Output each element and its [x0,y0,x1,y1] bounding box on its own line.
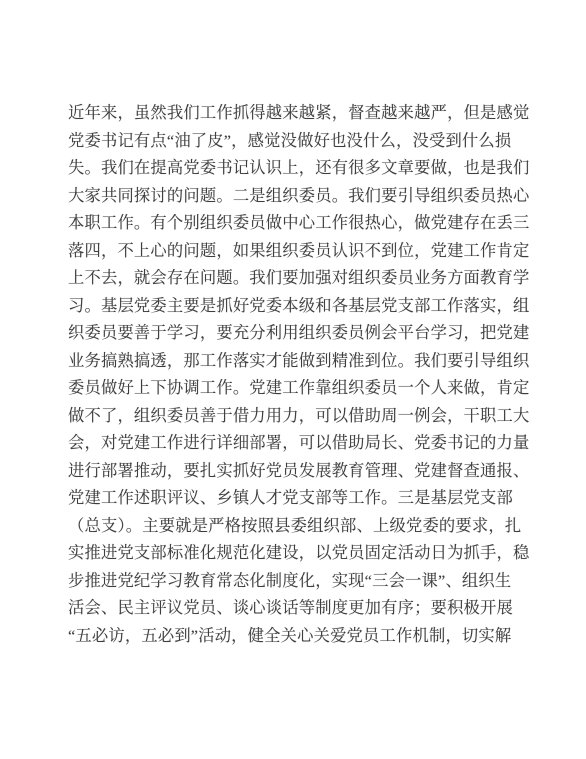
text-line: 党委书记有点“油了皮”，感觉没做好也没什么，没受到什么损 [68,127,540,155]
text-line: 做不了，组织委员善于借力用力，可以借助周一例会，干职工大 [68,402,540,430]
text-line: 大家共同探讨的问题。二是组织委员。我们要引导组织委员热心 [68,182,540,210]
text-line: 委员做好上下协调工作。党建工作靠组织委员一个人来做，肯定 [68,374,540,402]
text-line: 实推进党支部标准化规范化建设，以党员固定活动日为抓手，稳 [68,539,540,567]
text-line: 会，对党建工作进行详细部署，可以借助局长、党委书记的力量 [68,429,540,457]
text-line: 落四，不上心的问题，如果组织委员认识不到位，党建工作肯定 [68,237,540,265]
text-line: 上不去，就会存在问题。我们要加强对组织委员业务方面教育学 [68,264,540,292]
text-line: 活会、民主评议党员、谈心谈话等制度更加有序；要积极开展 [68,594,540,622]
text-line: 本职工作。有个别组织委员做中心工作很热心，做党建存在丢三 [68,209,540,237]
text-line: 近年来，虽然我们工作抓得越来越紧，督查越来越严，但是感觉 [68,99,540,127]
text-line: 织委员要善于学习，要充分利用组织委员例会平台学习，把党建 [68,319,540,347]
text-line: 步推进党纪学习教育常态化制度化，实现“三会一课”、组织生 [68,567,540,595]
text-line: 党建工作述职评议、乡镇人才党支部等工作。三是基层党支部 [68,484,540,512]
document-page: 近年来，虽然我们工作抓得越来越紧，督查越来越严，但是感觉 党委书记有点“油了皮”… [0,0,586,759]
text-line: 失。我们在提高党委书记认识上，还有很多文章要做，也是我们 [68,154,540,182]
text-line: 进行部署推动，要扎实抓好党员发展教育管理、党建督查通报、 [68,457,540,485]
body-text-block: 近年来，虽然我们工作抓得越来越紧，督查越来越严，但是感觉 党委书记有点“油了皮”… [68,99,540,649]
text-line: “五必访，五必到”活动，健全关心关爱党员工作机制，切实解 [68,622,540,650]
text-line: 业务搞熟搞透，那工作落实才能做到精准到位。我们要引导组织 [68,347,540,375]
text-line: 习。基层党委主要是抓好党委本级和各基层党支部工作落实，组 [68,292,540,320]
text-line: （总支）。主要就是严格按照县委组织部、上级党委的要求，扎 [68,512,540,540]
